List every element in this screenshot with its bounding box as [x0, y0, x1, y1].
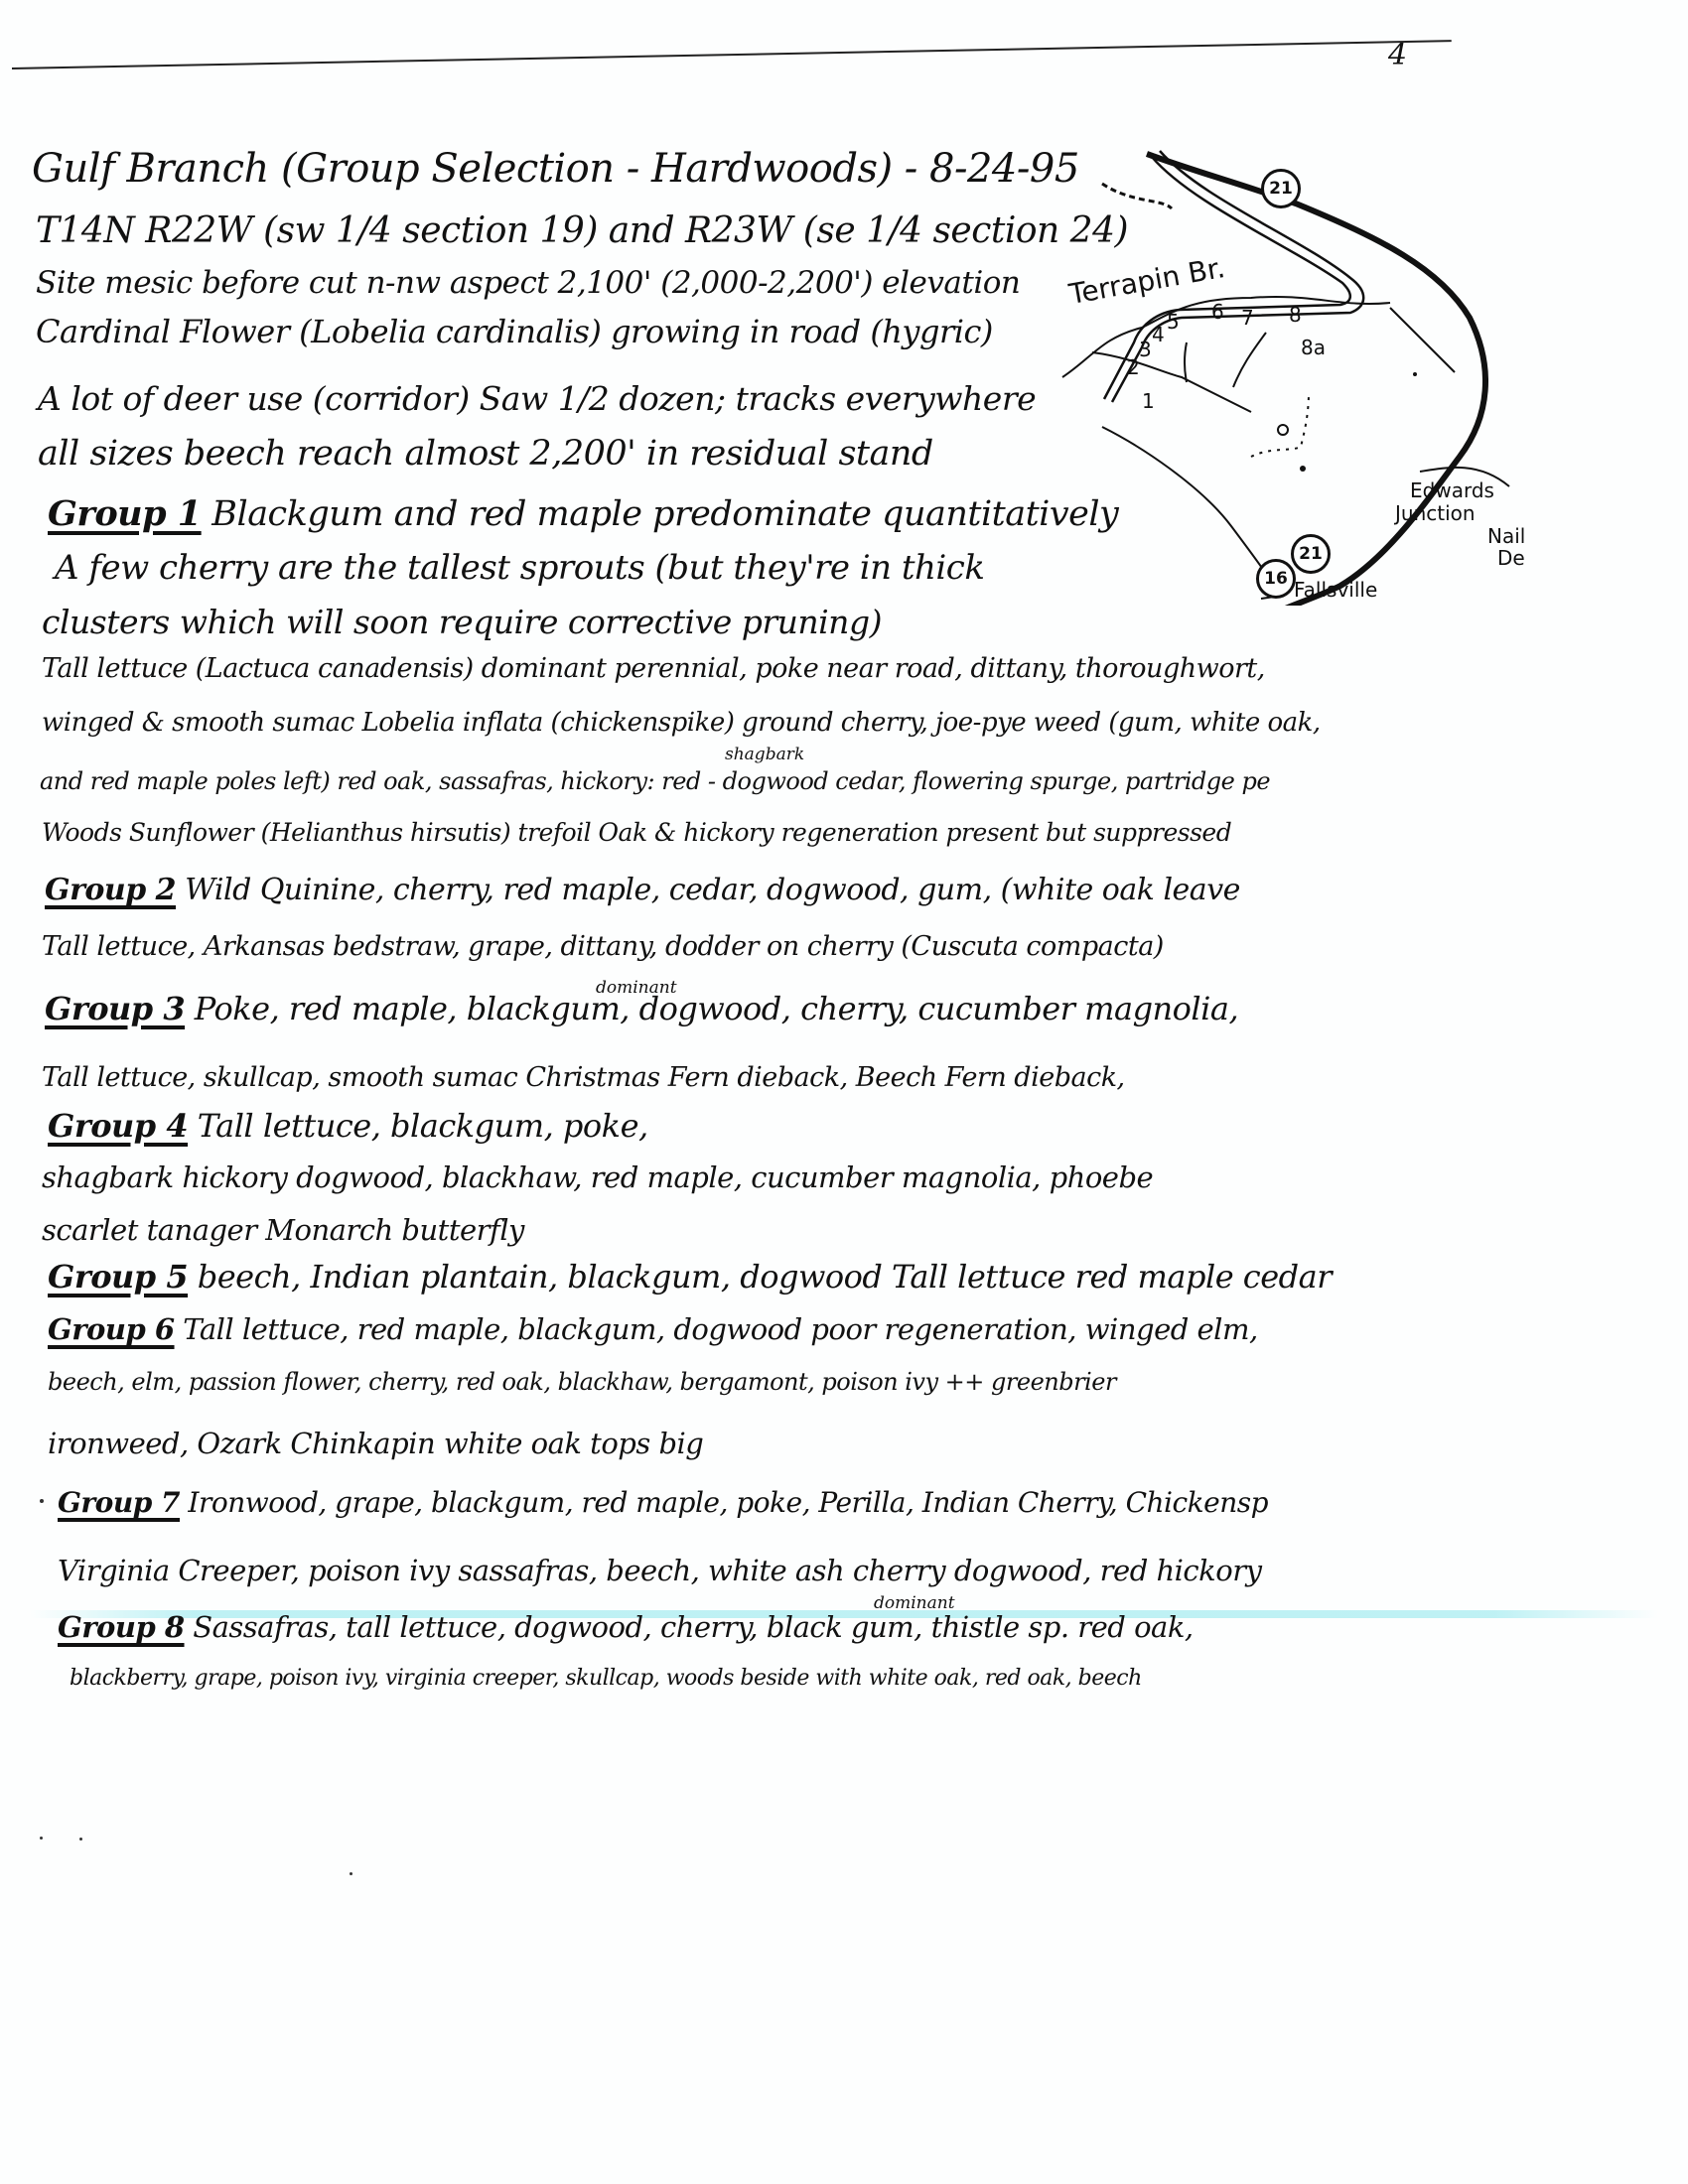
group-6-line-2: beech, elm, passion flower, cherry, red …	[48, 1370, 1116, 1394]
map-marker-group-4: 4	[1152, 323, 1165, 346]
map-marker-group-3: 3	[1139, 338, 1152, 361]
scan-speck	[350, 1872, 352, 1875]
map-label-fallsville: Fallsville	[1294, 578, 1377, 602]
group-1-line-3: clusters which will soon require correct…	[42, 606, 882, 638]
site-sketch-map: 21 21 16 Terrapin Br. Edwards Junction F…	[1053, 129, 1569, 606]
group-7-text: Ironwood, grape, blackgum, red maple, po…	[188, 1486, 1268, 1519]
group-4-text: Tall lettuce, blackgum, poke,	[198, 1107, 648, 1145]
map-marker-group-8: 8	[1289, 303, 1302, 327]
group-8-line-1: Group 8 Sassafras, tall lettuce, dogwood…	[58, 1613, 1194, 1642]
group-6-line-3: ironweed, Ozark Chinkapin white oak tops…	[48, 1430, 703, 1458]
group-4-label: Group 4	[48, 1107, 188, 1145]
group-2-line-2: Tall lettuce, Arkansas bedstraw, grape, …	[42, 933, 1164, 960]
group-4-line-1: Group 4 Tall lettuce, blackgum, poke,	[48, 1110, 648, 1142]
group-3-text: Poke, red maple, blackgum, dogwood, cher…	[195, 990, 1238, 1027]
site-line: Site mesic before cut n-nw aspect 2,100'…	[36, 268, 1020, 299]
group-2-line-1: Group 2 Wild Quinine, cherry, red maple,…	[45, 876, 1240, 905]
group-8-line-2: blackberry, grape, poison ivy, virginia …	[70, 1668, 1142, 1690]
map-label-de: De	[1497, 546, 1525, 570]
group-1-label: Group 1	[48, 493, 202, 534]
group-7-label: Group 7	[58, 1486, 180, 1519]
map-label-junction: Junction	[1395, 501, 1476, 525]
group-3-line-1: Group 3 Poke, red maple, blackgum, dogwo…	[45, 993, 1238, 1024]
group-6-line-1: Group 6 Tall lettuce, red maple, blackgu…	[48, 1315, 1258, 1344]
group-1-line-4: Tall lettuce (Lactuca canadensis) domina…	[42, 655, 1265, 682]
group-1-line-7: Woods Sunflower (Helianthus hirsutis) tr…	[42, 820, 1231, 845]
group-1-text: Blackgum and red maple predominate quant…	[211, 494, 1118, 534]
route-21-north-shield: 21	[1261, 169, 1301, 208]
scan-speck	[79, 1838, 82, 1841]
group-2-label: Group 2	[45, 873, 176, 907]
map-marker-group-1: 1	[1142, 389, 1155, 413]
group-2-text: Wild Quinine, cherry, red maple, cedar, …	[185, 873, 1240, 907]
map-marker-group-7: 7	[1241, 306, 1254, 330]
shagbark-annotation: shagbark	[725, 745, 804, 764]
group-5-label: Group 5	[48, 1258, 188, 1296]
group-1-line-6: and red maple poles left) red oak, sassa…	[40, 769, 1270, 793]
group-1-line-2: A few cherry are the tallest sprouts (bu…	[55, 551, 984, 585]
deer-line: A lot of deer use (corridor) Saw 1/2 doz…	[38, 382, 1036, 415]
group-6-label: Group 6	[48, 1312, 175, 1346]
group-4-line-3: scarlet tanager Monarch butterfly	[42, 1216, 524, 1245]
map-label-nail: Nail	[1487, 524, 1525, 548]
group-3-line-2: Tall lettuce, skullcap, smooth sumac Chr…	[42, 1064, 1125, 1091]
route-16-shield: 16	[1256, 559, 1296, 599]
cardinal-flower-line: Cardinal Flower (Lobelia cardinalis) gro…	[36, 316, 993, 347]
beech-line: all sizes beech reach almost 2,200' in r…	[38, 437, 933, 472]
page-title: Gulf Branch (Group Selection - Hardwoods…	[32, 149, 1079, 189]
group-8-text: Sassafras, tall lettuce, dogwood, cherry…	[193, 1610, 1193, 1644]
scan-speck	[40, 1837, 43, 1840]
map-label-edwards: Edwards	[1410, 478, 1494, 502]
top-rule-divider	[12, 40, 1452, 69]
group-6-text: Tall lettuce, red maple, blackgum, dogwo…	[183, 1312, 1257, 1346]
location-line: T14N R22W (sw 1/4 section 19) and R23W (…	[36, 213, 1128, 249]
scan-speck	[40, 1499, 44, 1503]
group-7-line-2: Virginia Creeper, poison ivy sassafras, …	[58, 1557, 1261, 1585]
map-marker-group-6: 6	[1211, 300, 1224, 324]
group-5-text: beech, Indian plantain, blackgum, dogwoo…	[198, 1258, 1332, 1296]
map-marker-group-5: 5	[1167, 310, 1180, 334]
map-marker-group-2: 2	[1127, 355, 1140, 379]
group-1-line-5: winged & smooth sumac Lobelia inflata (c…	[42, 710, 1321, 736]
group-3-label: Group 3	[45, 990, 185, 1027]
group-8-label: Group 8	[58, 1610, 185, 1644]
map-marker-group-8a: 8a	[1301, 336, 1326, 359]
group-4-line-2: shagbark hickory dogwood, blackhaw, red …	[42, 1163, 1153, 1192]
route-21-south-shield: 21	[1291, 534, 1331, 574]
group-1-line-1: Group 1 Blackgum and red maple predomina…	[48, 496, 1118, 532]
group-5-line-1: Group 5 beech, Indian plantain, blackgum…	[48, 1261, 1332, 1293]
group-7-line-1: Group 7 Ironwood, grape, blackgum, red m…	[58, 1489, 1268, 1517]
